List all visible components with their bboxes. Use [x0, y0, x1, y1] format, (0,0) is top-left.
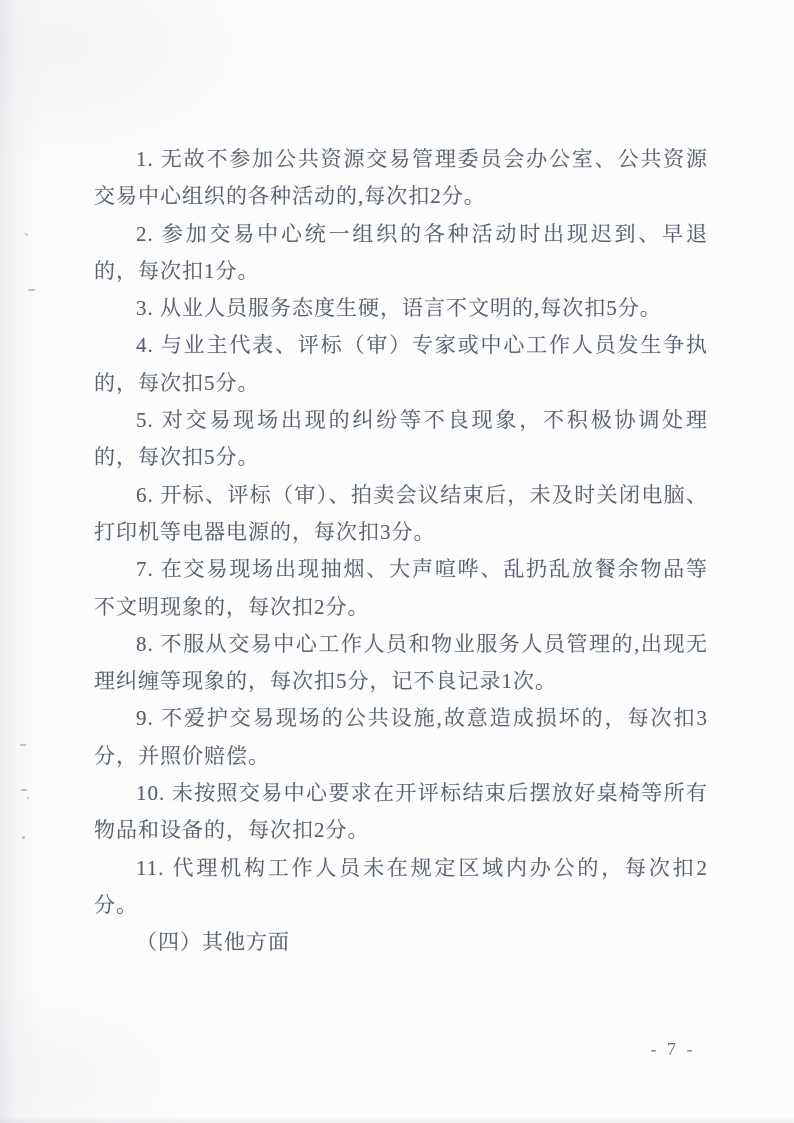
list-item: 5. 对交易现场出现的纠纷等不良现象，不积极协调处理的，每次扣5分。 [94, 402, 708, 477]
list-item: 9. 不爱护交易现场的公共设施,故意造成损坏的，每次扣3分，并照价赔偿。 [94, 700, 708, 775]
list-item: 3. 从业人员服务态度生硬，语言不文明的,每次扣5分。 [94, 290, 708, 327]
list-item: 11. 代理机构工作人员未在规定区域内办公的，每次扣2分。 [94, 850, 708, 925]
scan-speck [28, 289, 35, 292]
document-body: 1. 无故不参加公共资源交易管理委员会办公室、公共资源交易中心组织的各种活动的,… [94, 141, 708, 962]
list-item: 1. 无故不参加公共资源交易管理委员会办公室、公共资源交易中心组织的各种活动的,… [94, 141, 708, 216]
list-item: 7. 在交易现场出现抽烟、大声喧哗、乱扔乱放餐余物品等不文明现象的，每次扣2分。 [94, 551, 708, 626]
scanned-document-page: 1. 无故不参加公共资源交易管理委员会办公室、公共资源交易中心组织的各种活动的,… [0, 0, 794, 1123]
scan-speck [21, 789, 27, 791]
list-item: 8. 不服从交易中心工作人员和物业服务人员管理的,出现无理纠缠等现象的，每次扣5… [94, 626, 708, 701]
list-item: 10. 未按照交易中心要求在开评标结束后摆放好桌椅等所有物品和设备的，每次扣2分… [94, 775, 708, 850]
page-number: - 7 - [638, 1039, 708, 1060]
list-item: 6. 开标、评标（审）、拍卖会议结束后，未及时关闭电脑、打印机等电器电源的，每次… [94, 477, 708, 552]
scan-speck [20, 744, 26, 746]
list-item: 4. 与业主代表、评标（审）专家或中心工作人员发生争执的，每次扣5分。 [94, 327, 708, 402]
scan-speck: 、 [24, 224, 37, 237]
list-item: 2. 参加交易中心统一组织的各种活动时出现迟到、早退的，每次扣1分。 [94, 216, 708, 291]
scan-speck [27, 797, 29, 799]
scan-speck [22, 836, 25, 839]
section-heading: （四）其他方面 [94, 924, 708, 961]
